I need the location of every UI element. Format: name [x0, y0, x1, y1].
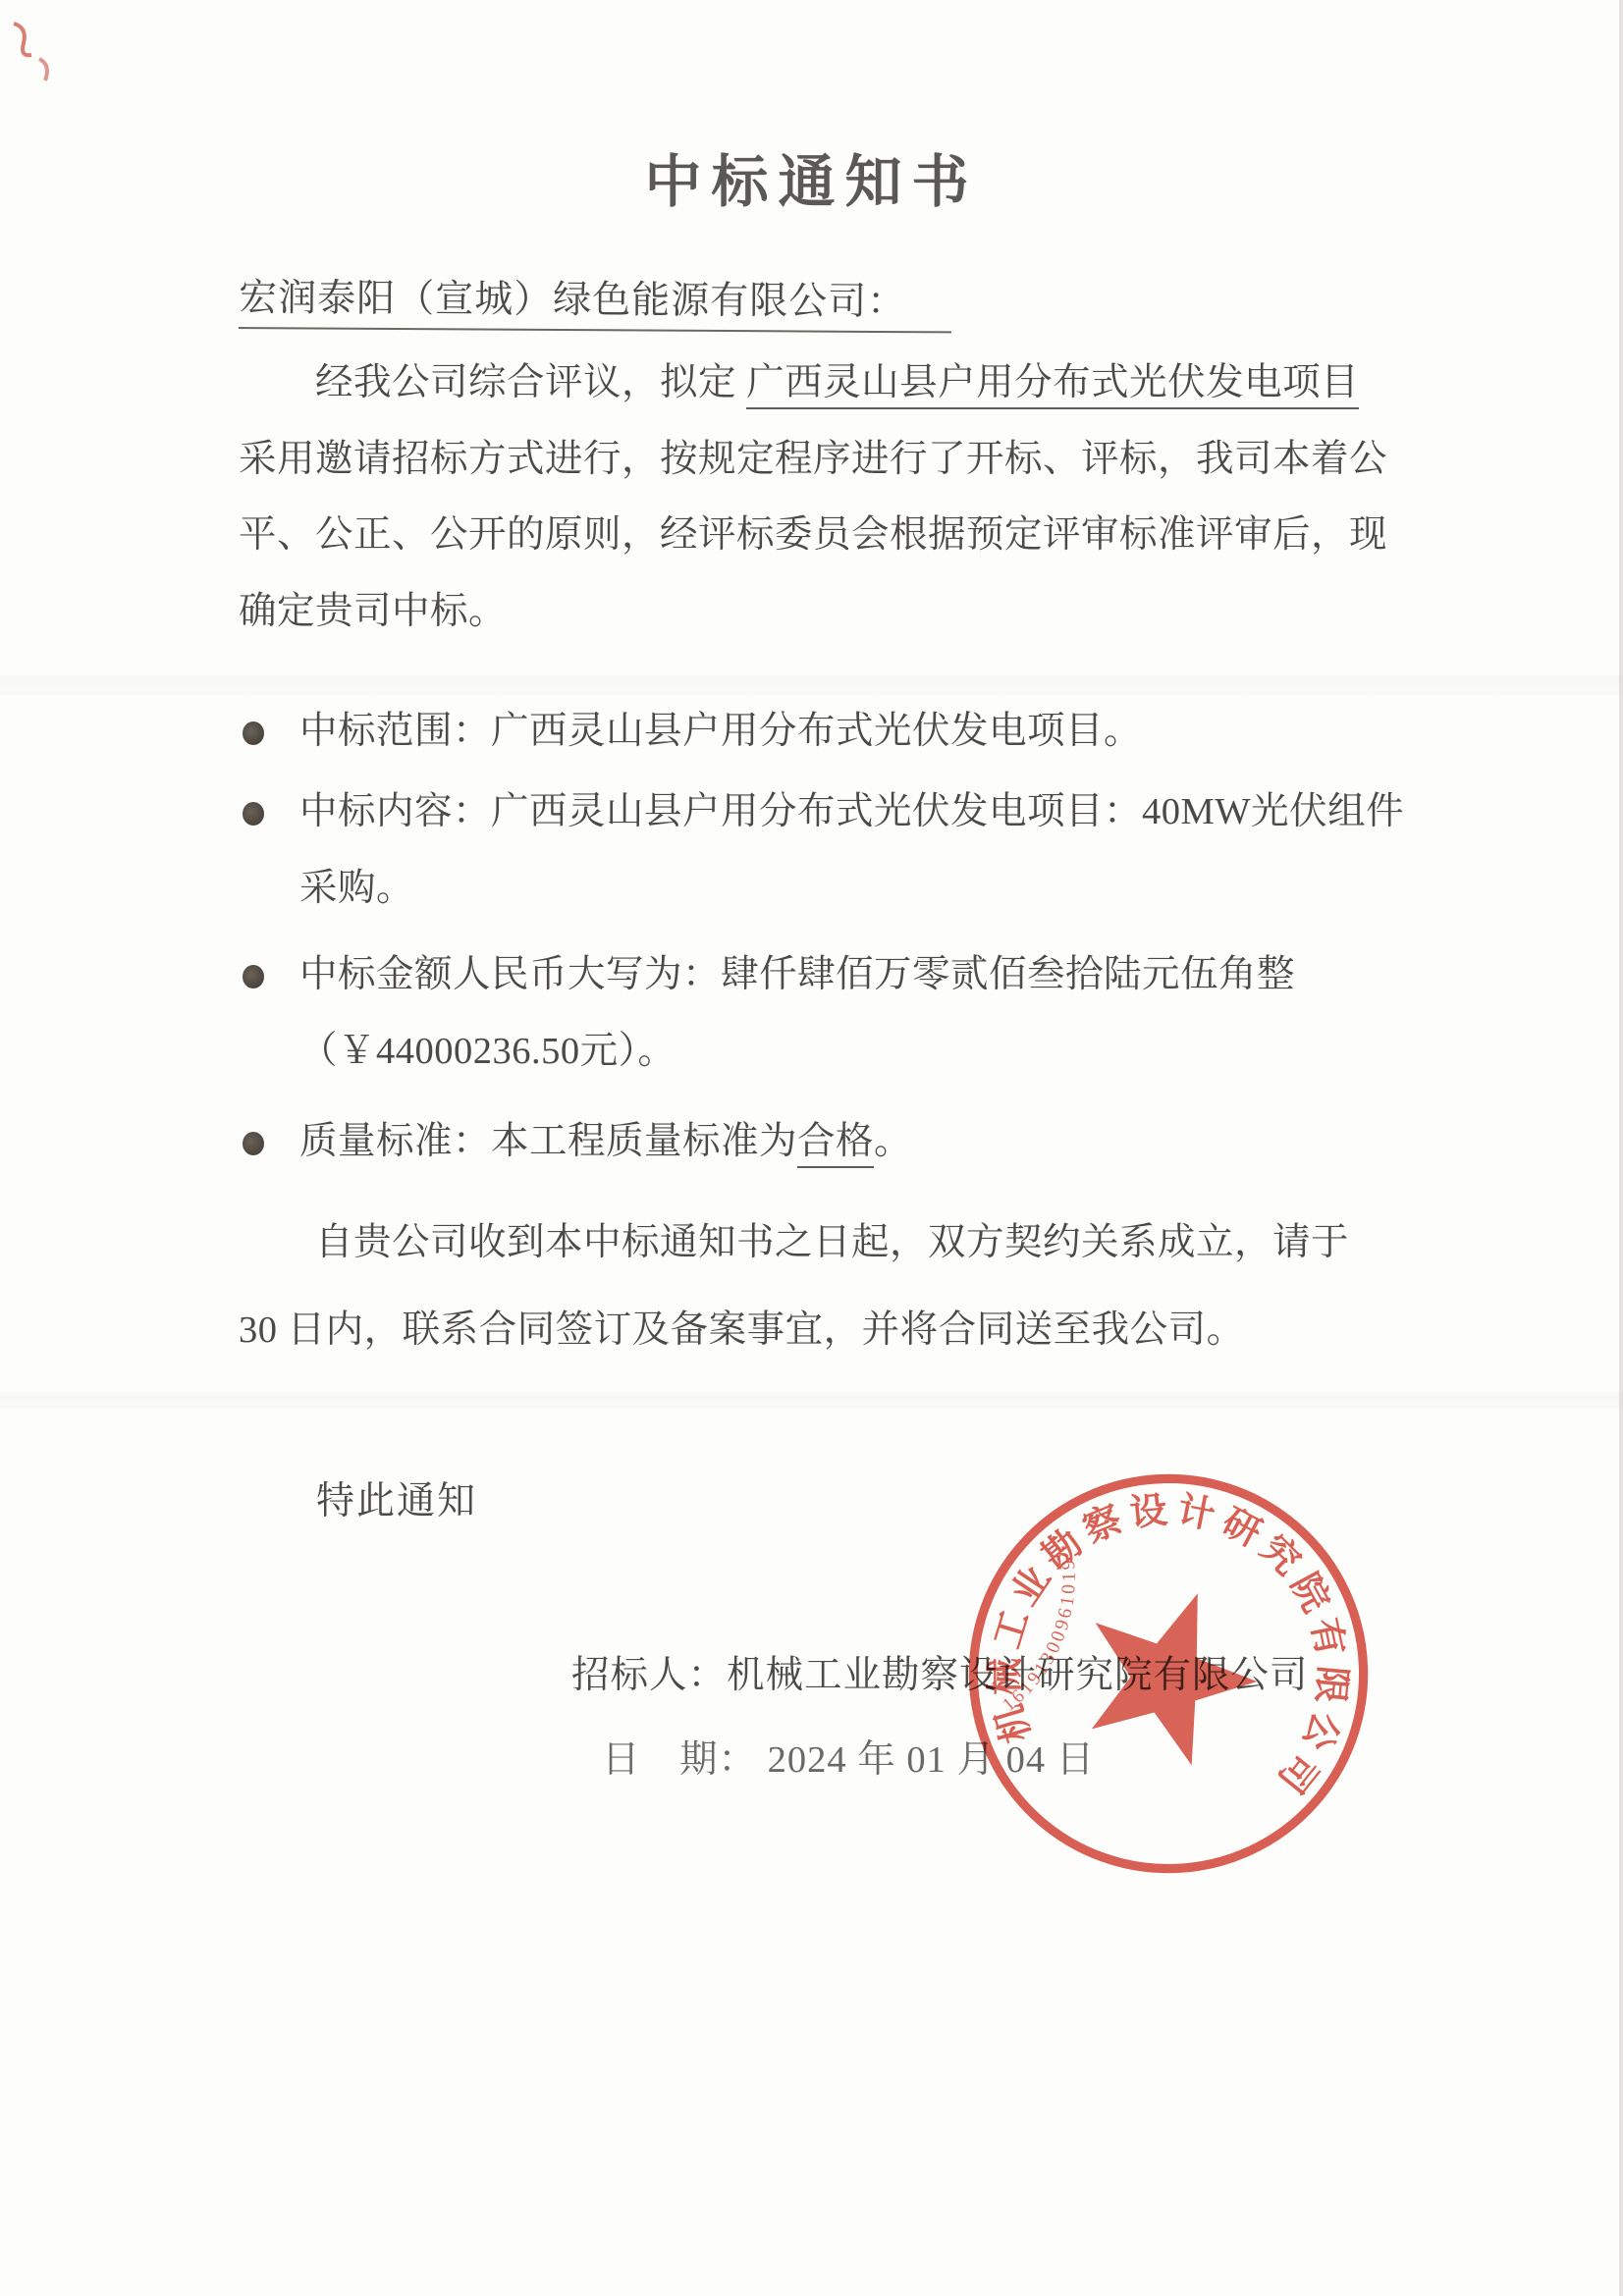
text-segment: 。 — [874, 1121, 912, 1162]
text-line: 平、公正、公开的原则，经评标委员会根据预定评审标准评审后，现 — [239, 498, 1399, 574]
list-item-content: 中标内容：广西灵山县户用分布式光伏发电项目：40MW光伏组件 采购。 — [239, 774, 1399, 927]
scan-artifact — [0, 675, 1623, 695]
seal-star-icon — [1060, 1564, 1278, 1777]
scan-artifact — [0, 1392, 1623, 1410]
list-item-quality: 质量标准：本工程质量标准为合格。 — [239, 1103, 1399, 1180]
text-line: 中标内容：广西灵山县户用分布式光伏发电项目：40MW光伏组件 — [299, 774, 1399, 850]
closing-notice: 特此通知 — [316, 1470, 477, 1525]
bullet-icon — [243, 721, 264, 745]
text-segment: 经我公司综合评议，拟定 — [315, 362, 746, 403]
text-line: 质量标准：本工程质量标准为合格。 — [299, 1103, 1399, 1180]
date-label: 日 期： — [602, 1739, 768, 1781]
text-line: 中标范围：广西灵山县户用分布式光伏发电项目。 — [299, 693, 1399, 770]
list-item-scope: 中标范围：广西灵山县户用分布式光伏发电项目。 — [239, 693, 1399, 770]
text-line: 经我公司综合评议，拟定 广西灵山县户用分布式光伏发电项目 — [239, 346, 1399, 422]
text-line: 自贵公司收到本中标通知书之日起，双方契约关系成立，请于 — [239, 1200, 1399, 1287]
bullet-icon — [243, 965, 264, 988]
paragraph-award-decision: 经我公司综合评议，拟定 广西灵山县户用分布式光伏发电项目 采用邀请招标方式进行，… — [239, 346, 1399, 650]
quality-standard-underlined: 合格 — [797, 1121, 874, 1168]
company-seal: 机械工业勘察设计研究院有限公司 16191300961019 — [897, 1403, 1438, 1944]
text-segment: 质量标准：本工程质量标准为 — [299, 1121, 797, 1162]
text-line: （￥44000236.50元）。 — [299, 1013, 1399, 1090]
red-pen-mark — [6, 14, 84, 107]
text-line: 确定贵司中标。 — [239, 574, 1399, 651]
text-line: 30 日内，联系合同签订及备案事宜，并将合同送至我公司。 — [239, 1287, 1399, 1374]
text-line: 采购。 — [299, 850, 1399, 927]
project-name-underlined: 广西灵山县户用分布式光伏发电项目 — [746, 362, 1359, 409]
paragraph-contract-instruction: 自贵公司收到本中标通知书之日起，双方契约关系成立，请于 30 日内，联系合同签订… — [239, 1200, 1399, 1374]
scanned-document-page: 中标通知书 宏润泰阳（宣城）绿色能源有限公司： 经我公司综合评议，拟定 广西灵山… — [0, 0, 1623, 2296]
document-title: 中标通知书 — [0, 135, 1623, 218]
scan-edge-shadow — [1619, 0, 1623, 2296]
addressee-company-name: 宏润泰阳（宣城）绿色能源有限公司： — [239, 277, 951, 333]
text-line: 中标金额人民币大写为：肆仟肆佰万零贰佰叁拾陆元伍角整 — [299, 936, 1399, 1013]
list-item-amount: 中标金额人民币大写为：肆仟肆佰万零贰佰叁拾陆元伍角整 （￥44000236.50… — [239, 936, 1399, 1090]
addressee-line: 宏润泰阳（宣城）绿色能源有限公司： — [239, 267, 951, 326]
bullet-icon — [243, 802, 264, 826]
text-line: 采用邀请招标方式进行，按规定程序进行了开标、评标，我司本着公 — [239, 422, 1399, 499]
bidder-label: 招标人： — [571, 1655, 727, 1696]
bullet-icon — [243, 1132, 264, 1155]
award-details-list: 中标范围：广西灵山县户用分布式光伏发电项目。 中标内容：广西灵山县户用分布式光伏… — [239, 693, 1399, 1180]
